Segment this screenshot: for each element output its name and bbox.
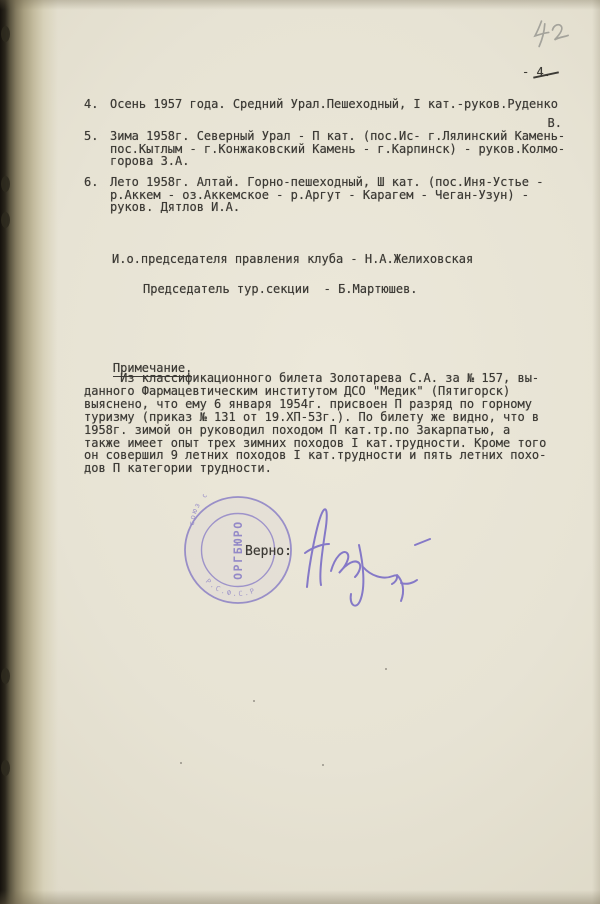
binding-notch [1, 26, 10, 42]
list-item-text: Лето 1958г. Алтай. Горно-пешеходный, Ш к… [110, 176, 543, 214]
binding-notch [1, 668, 10, 684]
list-item-number: 5. [84, 130, 110, 168]
document-page: 42 - 4. 4. Осень 1957 года. Средний Урал… [0, 0, 600, 904]
signoff-section-chairman: Председатель тур.секции - Б.Мартюшев. [143, 283, 418, 296]
note-body: Из классификационного билета Золотарева … [84, 372, 584, 475]
stamp-center-text: ОРГБЮРО [231, 520, 245, 580]
list-item-5: 5. Зима 1958г. Северный Урал - П кат. (п… [84, 130, 570, 168]
paper-speck [322, 764, 324, 766]
list-item-4: 4. Осень 1957 года. Средний Урал.Пешеход… [84, 98, 570, 111]
verno-label: Верно: [245, 546, 292, 559]
paper-speck [385, 668, 387, 670]
binding-notch [1, 212, 10, 228]
signoff-club-chairman: И.о.председателя правления клуба - Н.А.Ж… [112, 253, 473, 266]
binding-notch [1, 176, 10, 192]
paper-speck [253, 700, 255, 702]
page-edge-shadow-right [592, 0, 600, 904]
page-edge-shadow-top [0, 0, 600, 10]
pencil-page-number [528, 12, 578, 59]
list-item-text: Осень 1957 года. Средний Урал.Пешеходный… [110, 98, 558, 111]
binding-notch [1, 760, 10, 776]
list-item-text: Зима 1958г. Северный Урал - П кат. (пос.… [110, 130, 565, 168]
list-item-number: 6. [84, 176, 110, 214]
page-edge-shadow-bottom [0, 890, 600, 904]
signature [293, 487, 433, 617]
list-item-6: 6. Лето 1958г. Алтай. Горно-пешеходный, … [84, 176, 570, 214]
list-item-4-continuation: В. [110, 117, 562, 130]
list-item-number: 4. [84, 98, 110, 111]
paper-speck [180, 762, 182, 764]
